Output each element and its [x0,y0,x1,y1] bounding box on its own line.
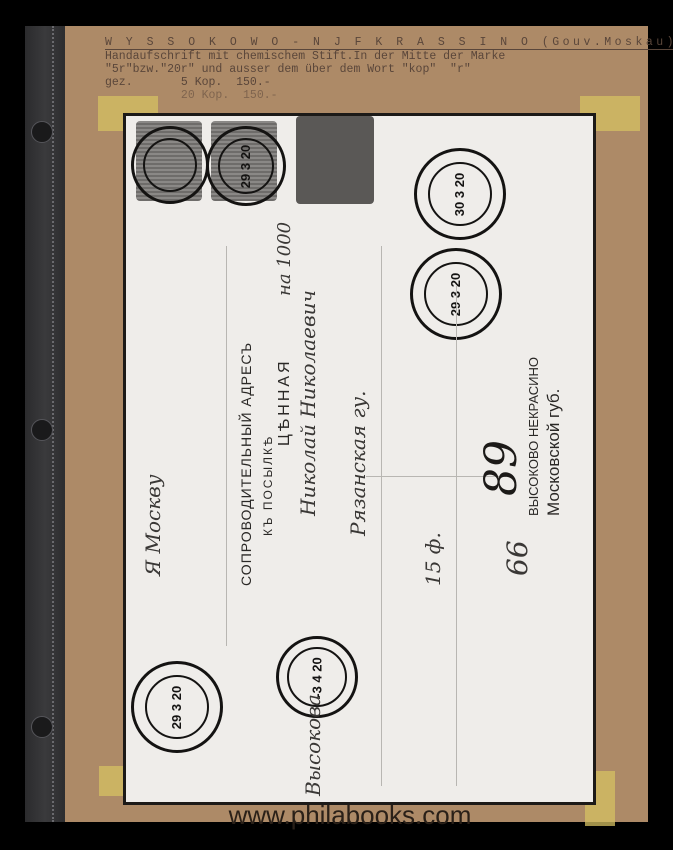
handwritten-amount: 66 [501,540,534,576]
binder-hole-icon [31,716,53,738]
header-line-2: "5r"bzw."20r" und ausser dem über dem Wo… [105,63,471,76]
cancellation-postmark: 29 3 20 [206,126,286,206]
handwritten-weight: 15 ф. [421,532,445,586]
handwritten-number: 89 [476,440,527,496]
watermark: www.philabooks.com [200,800,500,831]
form-value-label: ЦѢННАЯ [276,358,294,446]
binder-stitch [52,26,54,822]
form-printed-title: СОПРОВОДИТЕЛЬНЫЙ АДРЕСЪ [238,342,254,586]
binder-hole-icon [31,121,53,143]
handwritten-text: на 1000 [274,222,295,296]
header-title: W Y S S O K O W O - N J F K R A S S I N … [105,36,673,50]
office-stamp-text: ВЫСОКОВО НЕКРАСИНО [526,357,541,516]
cancellation-postmark: 29 3 20 [131,661,223,753]
handwritten-text: Высокова [301,694,325,796]
form-rule [456,286,457,786]
form-rule [381,246,382,786]
header-line-3: gez. 5 Kop. 150.- [105,76,271,89]
album-card: W Y S S O K O W O - N J F K R A S S I N … [65,26,648,822]
form-rule [226,246,227,646]
handwritten-text: Николай Николаевич [296,290,320,516]
handwritten-text: Я Москву [141,475,165,576]
handwritten-text: Рязанская гу. [346,391,370,536]
postal-form: 29 3 20 30 3 20 29 3 20 29 3 20 -3 4 20 … [123,113,596,805]
cancellation-postmark [131,126,209,204]
region-stamp-text: Московской губ. [544,389,564,516]
header-line-1: Handaufschrift mit chemischem Stift.In d… [105,50,505,63]
binder-strip [25,26,65,822]
postage-stamp [296,116,374,204]
binder-hole-icon [31,419,53,441]
form-printed-subtitle: КЪ ПОСЫЛКѢ [261,435,275,536]
header-description: W Y S S O K O W O - N J F K R A S S I N … [105,36,673,102]
cancellation-postmark: 30 3 20 [414,148,506,240]
